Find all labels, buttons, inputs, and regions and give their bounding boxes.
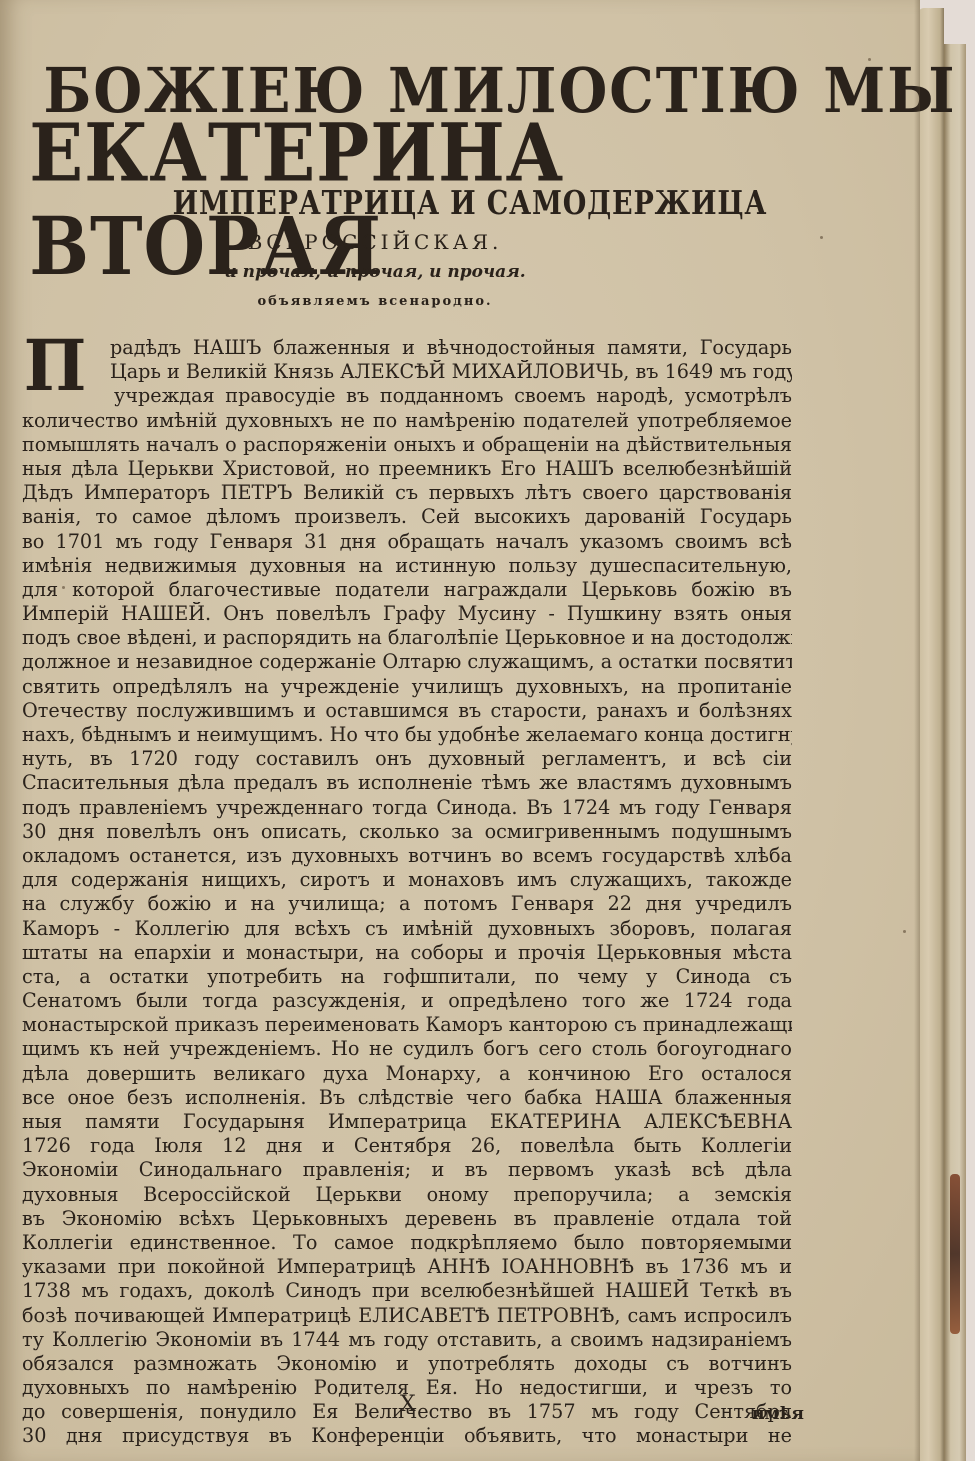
text-line: все оное безъ исполненія. Въ слѣдствіе ч… [22,1086,792,1110]
text-line: имѣнія недвижимыя духовныя на истинную п… [22,554,792,578]
paper-speck [903,930,906,933]
text-line: бозѣ почивающей Императрицѣ ЕЛИСАВЕТѢ ПЕ… [22,1304,792,1328]
paper-speck [868,58,871,61]
text-line: во 1701 мъ году Генваря 31 дня обращать … [22,530,792,554]
paper-speck [820,236,823,239]
text-line: Сенатомъ были тогда разсужденія, и опред… [22,989,792,1013]
text-line: должное и незавидное содержаніе Олтарю с… [22,650,792,674]
text-line: ста, а остатки употребить на гофшпитали,… [22,965,792,989]
text-line: помышлять началъ о распоряженіи оныхъ и … [22,433,792,457]
text-line: 1738 мъ годахъ, доколѣ Синодъ при вселюб… [22,1279,792,1303]
signature-mark: X [400,1392,416,1417]
text-line: святить опредѣлялъ на учрежденіе училищъ… [22,675,792,699]
catchword: имѣя [752,1404,804,1424]
text-line: указами при покойной Императрицѣ АННѢ ІО… [22,1255,792,1279]
text-line: окладомъ останется, изъ духовныхъ вотчин… [22,844,792,868]
text-line: для которой благочестивые податели награ… [22,578,792,602]
binding-stain [950,1174,960,1334]
text-line: на службу божію и на училища; а потомъ Г… [22,892,792,916]
text-line: ныя памяти Государыня Императрица ЕКАТЕР… [22,1110,792,1134]
text-line: количество имѣній духовныхъ не по намѣре… [22,409,792,433]
paper-speck [62,586,65,589]
text-line: штаты на епархіи и монастыри, на соборы … [22,941,792,965]
text-line: Царь и Великій Князь АЛЕКСѢЙ МИХАЙЛОВИЧЬ… [22,360,792,384]
text-line: Коллегіи единственное. То самое подкрѣпл… [22,1231,792,1255]
text-line: Отечеству послужившимъ и оставшимся въ с… [22,699,792,723]
text-line: Имперій НАШЕЙ. Онъ повелѣлъ Графу Мусину… [22,602,792,626]
text-line: 30 дня повелѣлъ онъ описать, сколько за … [22,820,792,844]
text-line: обязался размножать Экономію и употребля… [22,1352,792,1376]
text-line: нахъ, бѣднымъ и неимущимъ. Но что бы удо… [22,723,792,747]
heading-line-5: и прочая, и прочая, и прочая. [0,262,835,282]
text-line: Дѣдъ Императоръ ПЕТРЪ Великій съ первыхъ… [22,481,792,505]
text-line: духовныя Всероссійской Церькви оному пре… [22,1183,792,1207]
text-line: 30 дня присудствуя въ Конференціи объяви… [22,1424,792,1448]
text-line: для содержанія нищихъ, сиротъ и монаховъ… [22,868,792,892]
text-line: Экономіи Синодальнаго правленія; и въ пе… [22,1158,792,1182]
text-line: ванія, то самое дѣломъ произвелъ. Сей вы… [22,505,792,529]
text-line: ту Коллегію Экономіи въ 1744 мъ году отс… [22,1328,792,1352]
text-line: щимъ къ ней учрежденіемъ. Но не судилъ б… [22,1037,792,1061]
body-text: радѣдъ НАШЪ блаженныя и вѣчнодостойныя п… [22,336,792,1449]
text-line: Спасительныя дѣла предалъ въ исполненіе … [22,771,792,795]
text-line: подъ свое вѣдені, и распорядить на благо… [22,626,792,650]
text-line: 1726 года Іюля 12 дня и Сентября 26, пов… [22,1134,792,1158]
text-line: подъ правленіемъ учрежденнаго тогда Сино… [22,796,792,820]
heading-line-4: ВСЕРОССІЙСКАЯ. [0,230,835,254]
page-edge-stack [918,8,944,1461]
heading-line-3: ИМПЕРАТРИЦА И САМОДЕРЖИЦА [93,183,938,222]
text-line: нуть, въ 1720 году составилъ онъ духовны… [22,747,792,771]
text-line: учреждая правосудіе въ подданномъ своемъ… [22,384,792,408]
text-line: ныя дѣла Церькви Христовой, но преемникъ… [22,457,792,481]
document-page: БОЖІЕЮ МИЛОСТІЮ МЫ ЕКАТЕРИНА ВТОРАЯ ИМПЕ… [0,0,920,1461]
text-line: дѣла довершить великаго духа Монарху, а … [22,1062,792,1086]
text-line: монастырской приказъ переименовать Камор… [22,1013,792,1037]
text-line: въ Экономію всѣхъ Церьковныхъ деревень в… [22,1207,792,1231]
text-line: Каморъ - Коллегію для всѣхъ съ имѣній ду… [22,917,792,941]
page-edge-stack-back [944,44,966,1461]
heading-line-6: объявляемъ всенародно. [0,294,835,309]
text-line: радѣдъ НАШЪ блаженныя и вѣчнодостойныя п… [22,336,792,360]
